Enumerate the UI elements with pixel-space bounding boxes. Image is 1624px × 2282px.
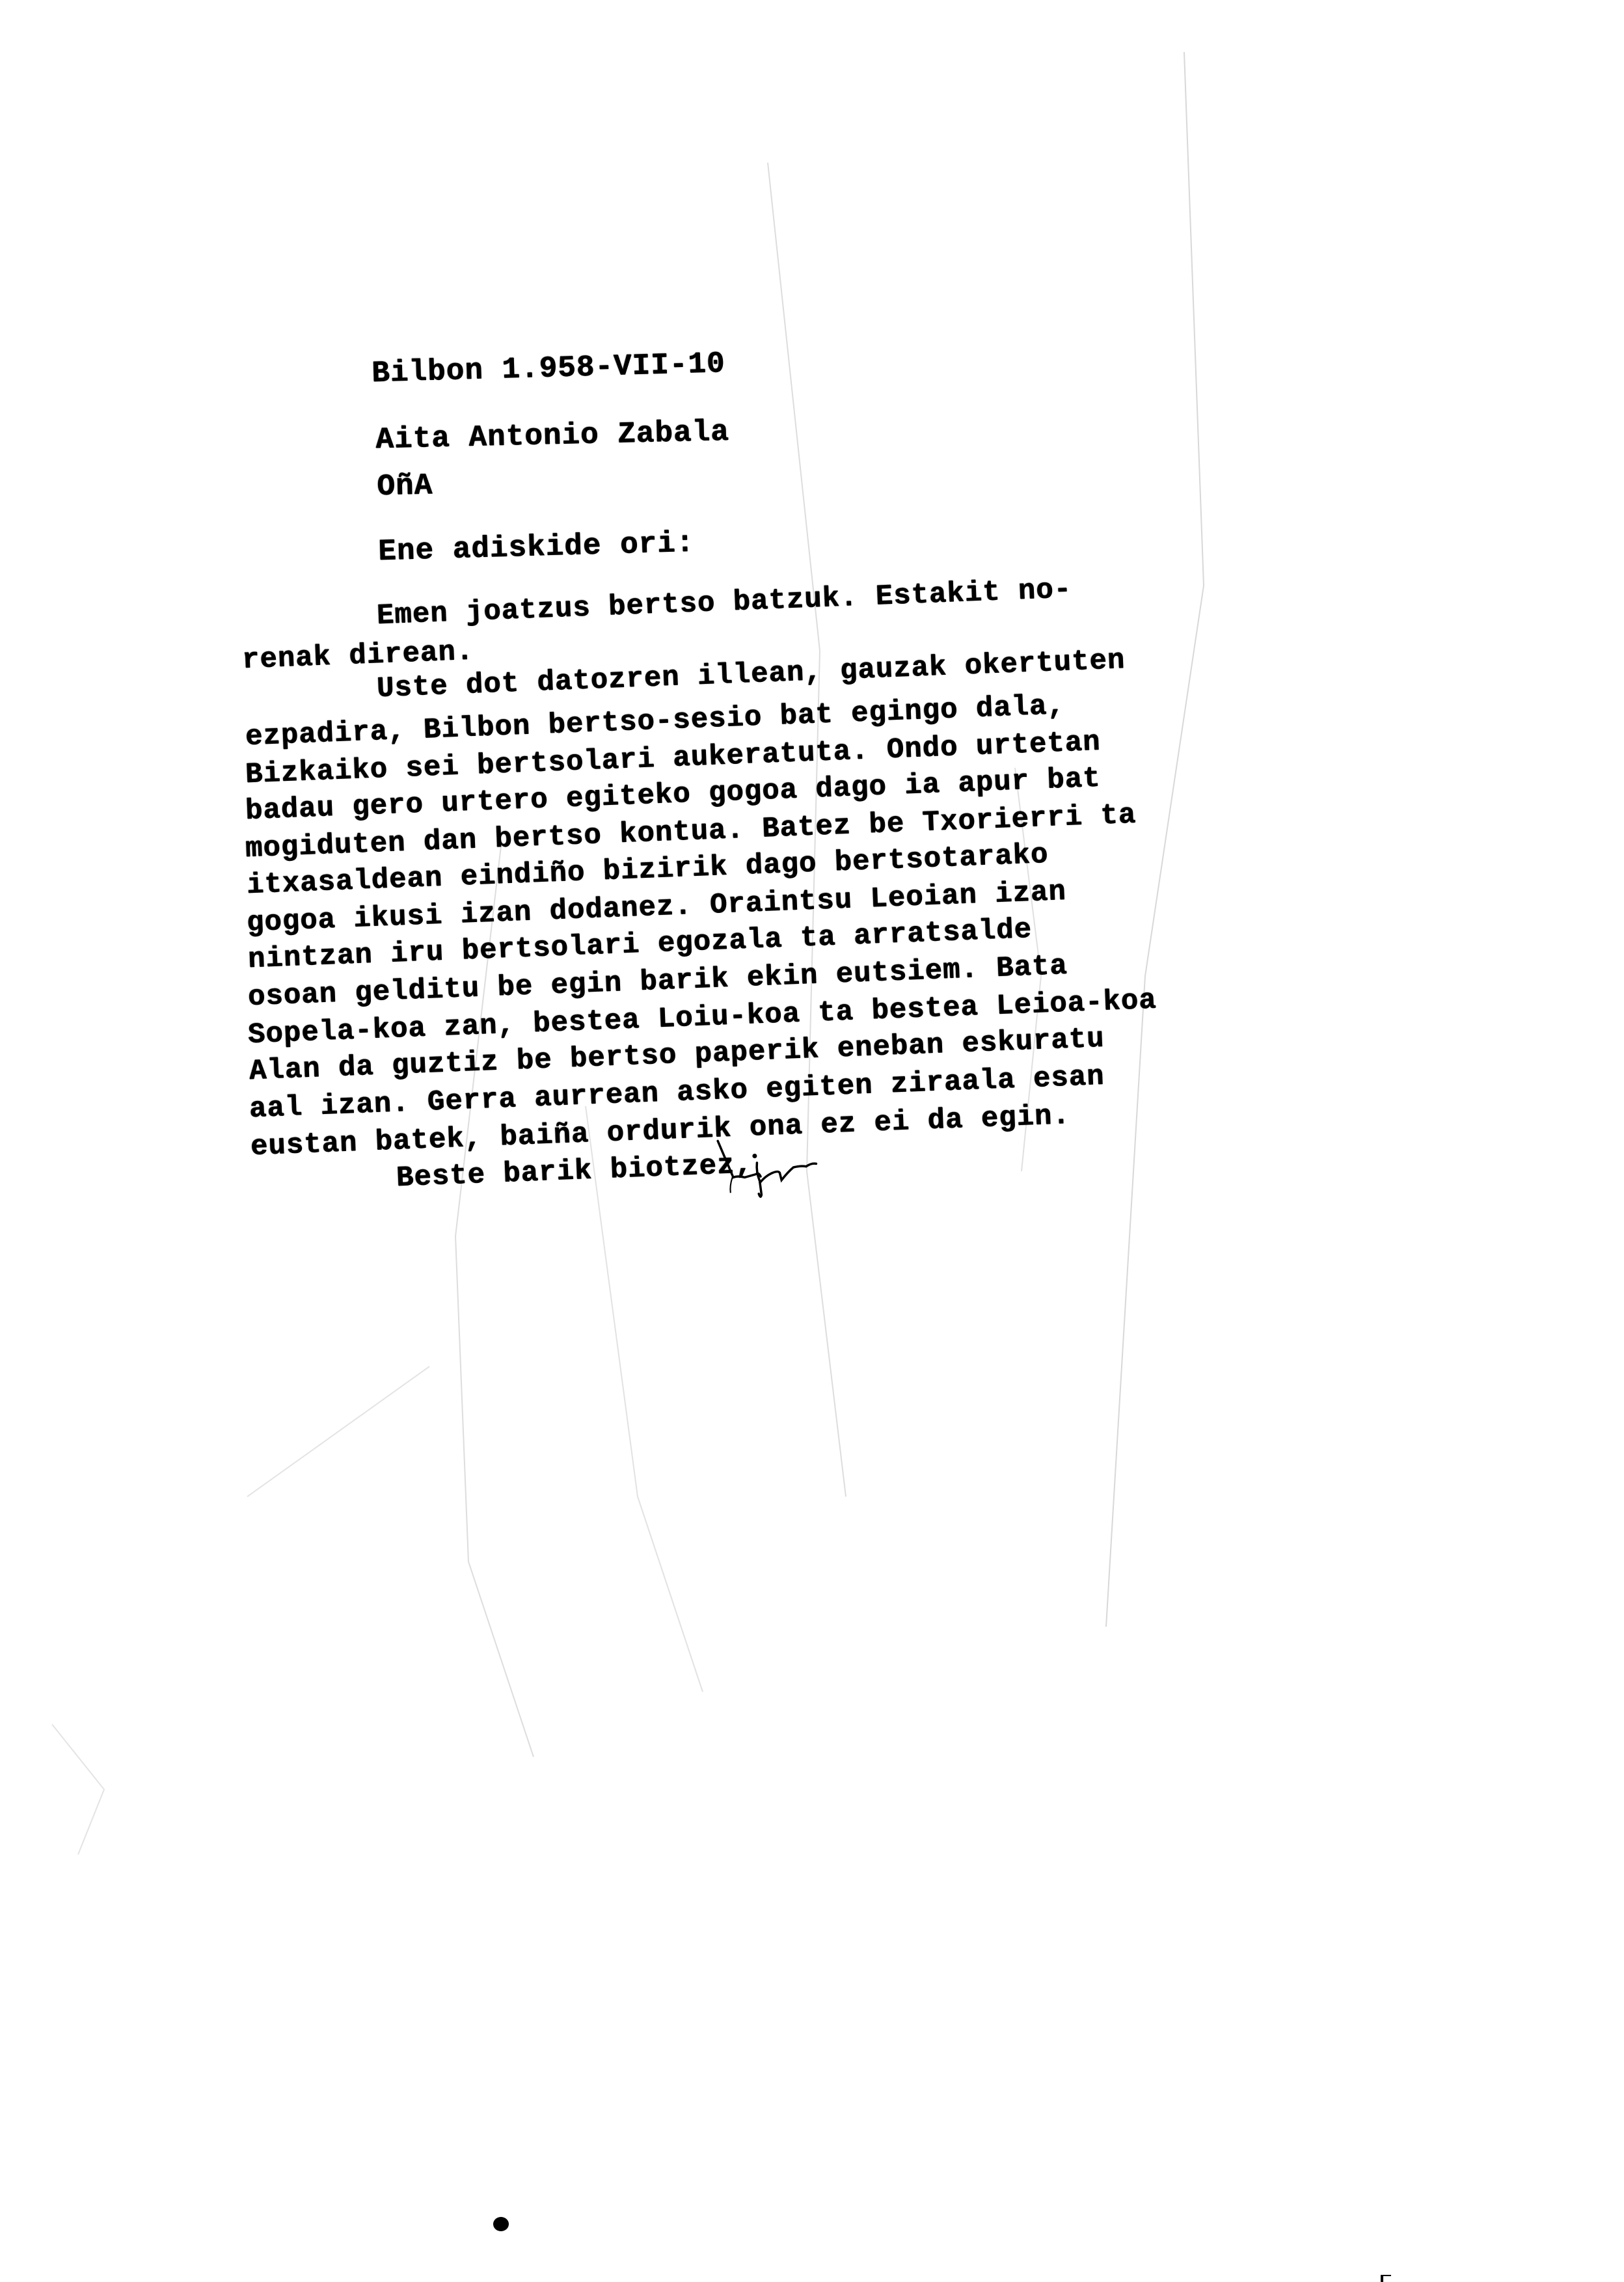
handwritten-signature	[690, 1135, 859, 1227]
recipient-place: OñA	[377, 469, 433, 504]
ink-dot	[493, 2217, 509, 2231]
letter-page: Bilbon 1.958-VII-10 Aita Antonio Zabala …	[0, 0, 1624, 2282]
corner-mark	[1381, 2275, 1391, 2282]
